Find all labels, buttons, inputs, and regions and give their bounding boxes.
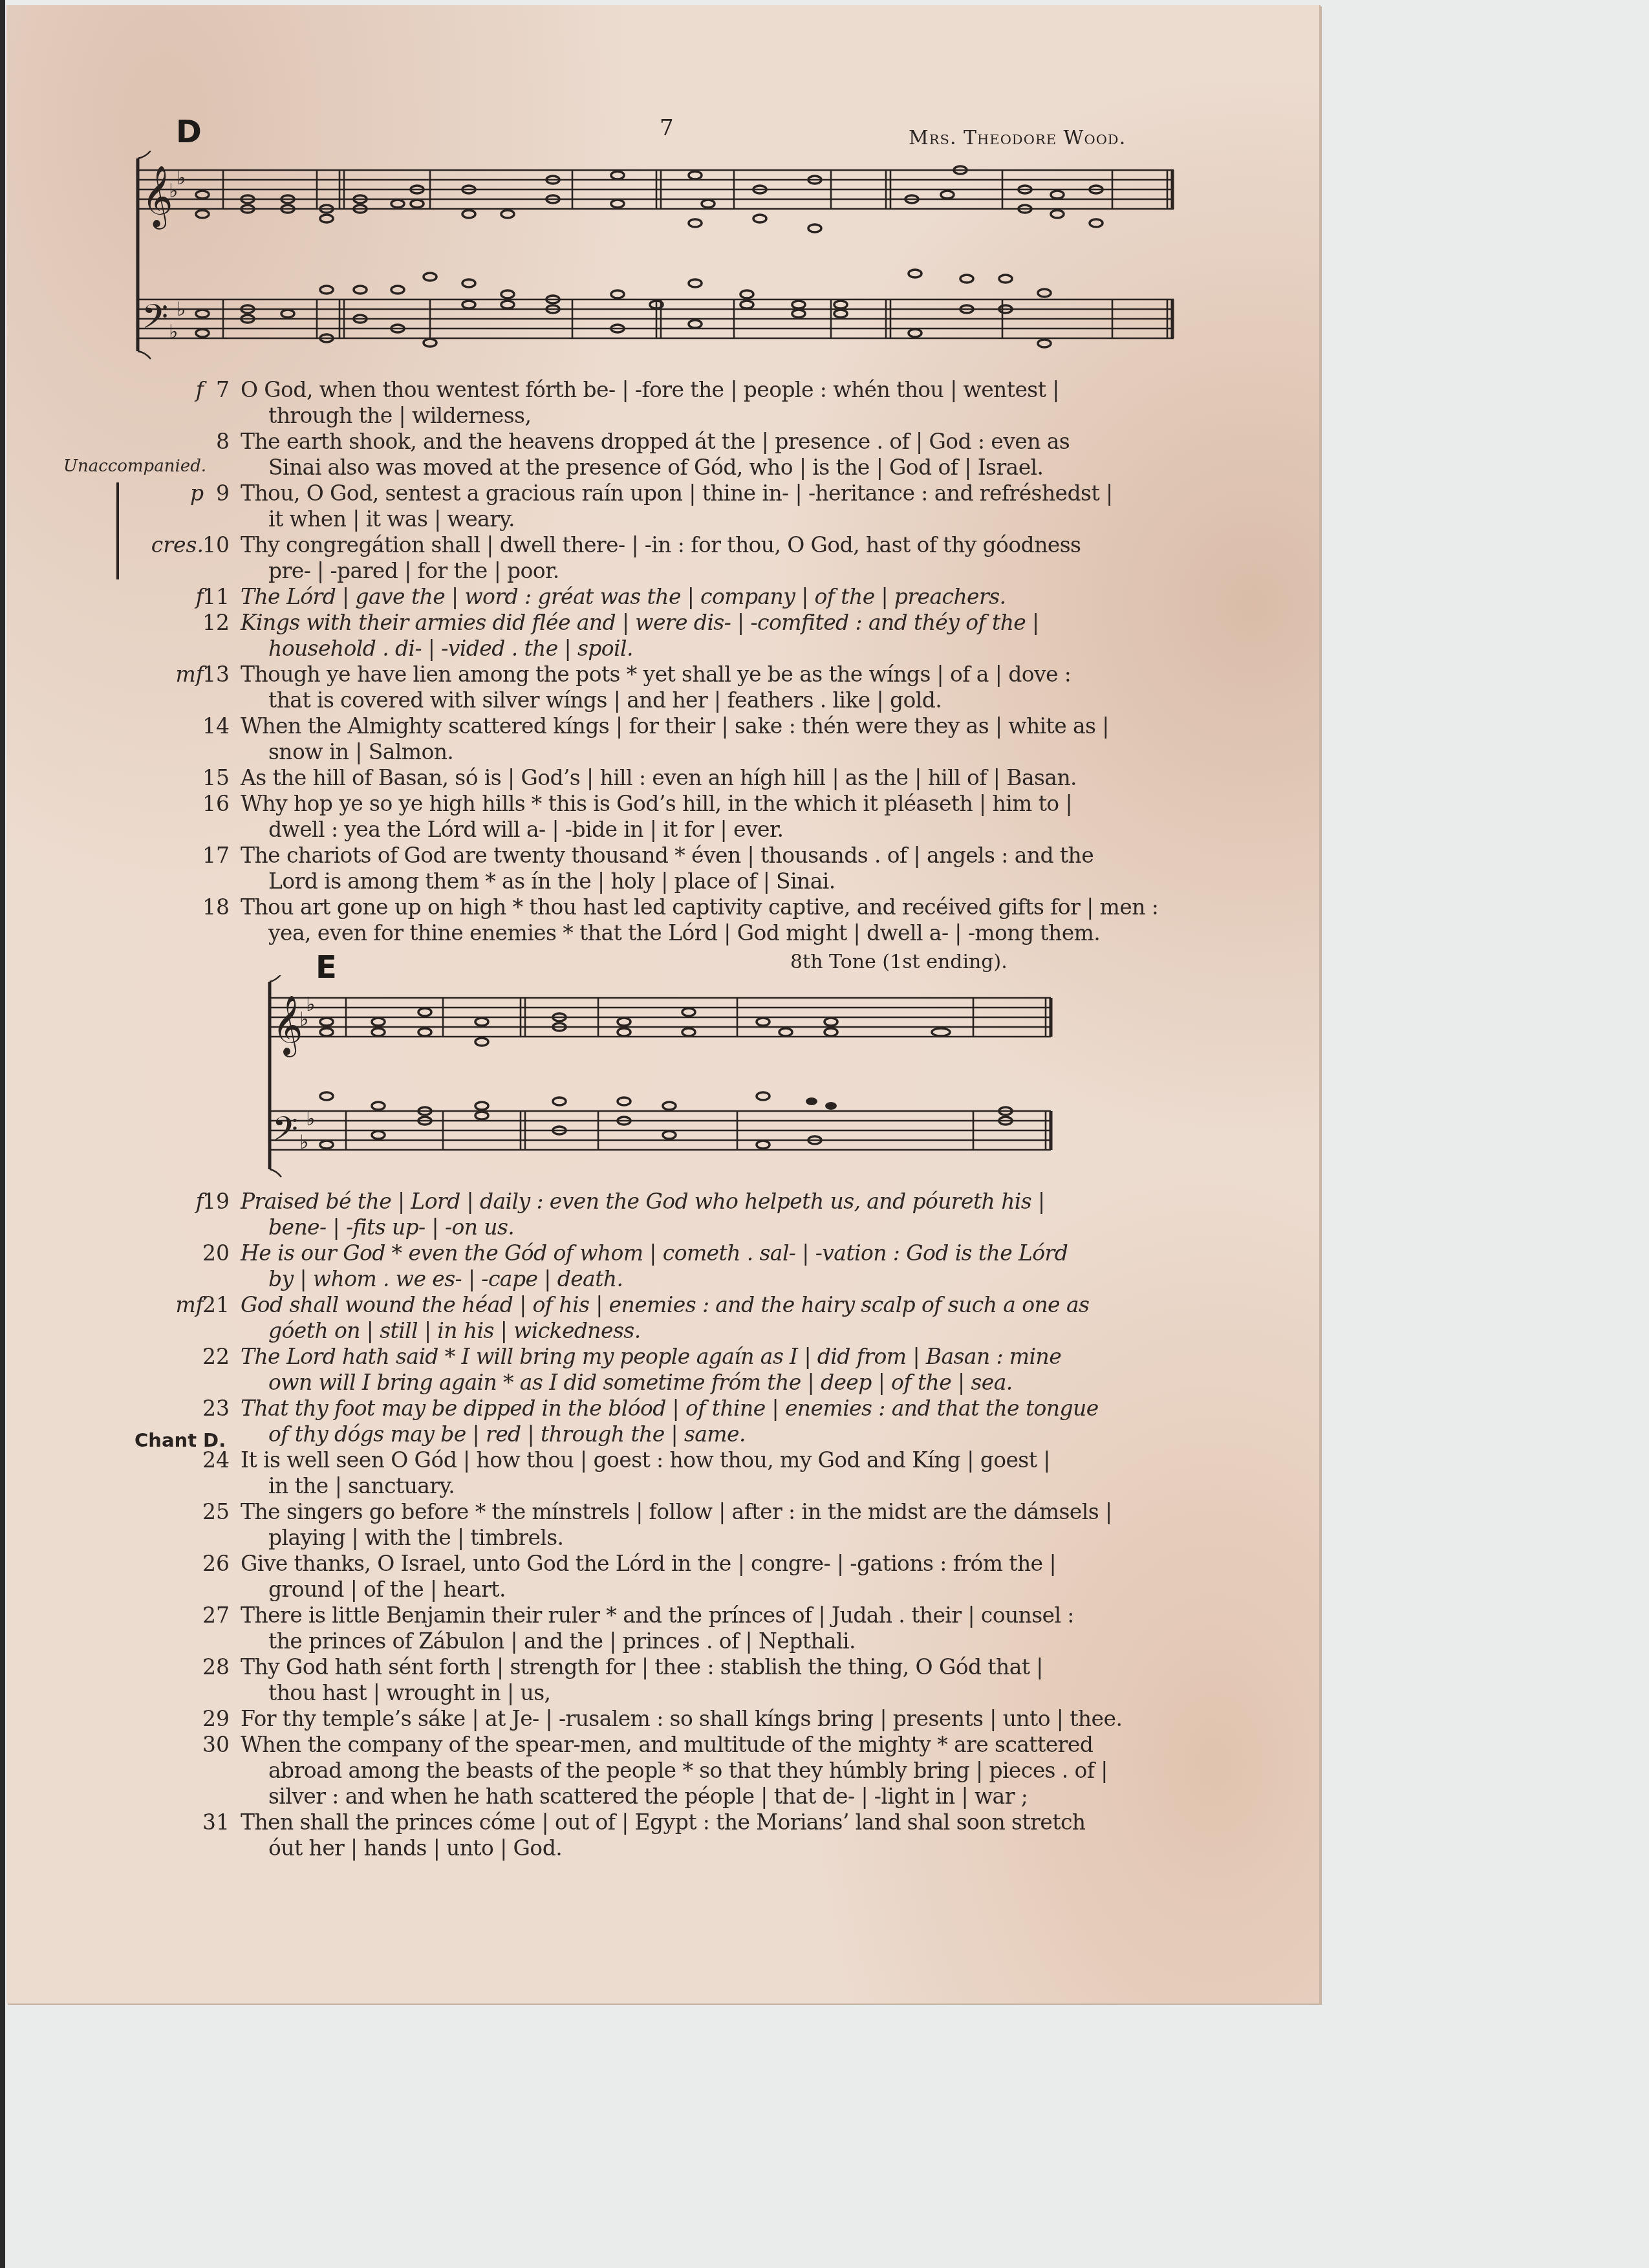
- svg-text:𝄞: 𝄞: [272, 995, 303, 1057]
- verse-8-line1: The earth shook, and the heavens dropped…: [241, 429, 1070, 455]
- verse-number: 18: [202, 894, 230, 920]
- verse-number: 11: [202, 584, 230, 610]
- verse-number: 28: [202, 1654, 230, 1680]
- verse-number: 27: [202, 1603, 230, 1628]
- verse-23-line1: That thy foot may be dipped in the blóod…: [241, 1396, 1099, 1421]
- verse-number: 12: [202, 610, 230, 636]
- verse-16-line1: Why hop ye so ye high hills * this is Go…: [241, 791, 1072, 817]
- verse-21-line2: góeth on | still | in his | wickedness.: [268, 1318, 641, 1344]
- verse-31-line2: óut her | hands | unto | God.: [268, 1835, 562, 1861]
- verse-31-line1: Then shall the princes cóme | out of | E…: [241, 1809, 1085, 1835]
- page-number: 7: [660, 115, 674, 141]
- verse-number: 21: [202, 1292, 230, 1318]
- verse-30-line1: When the company of the spear-men, and m…: [241, 1732, 1093, 1758]
- verse-12-line2: household . di- | -vided . the | spoil.: [268, 636, 633, 662]
- verse-13-line1: Though ye have lien among the pots * yet…: [241, 662, 1071, 687]
- verse-number: 30: [202, 1732, 230, 1758]
- verse-8-line2: Sinai also was moved at the presence of …: [268, 455, 1043, 481]
- verse-21-line1: God shall wound the héad | of his | enem…: [241, 1292, 1089, 1318]
- verse-number: 26: [202, 1551, 230, 1577]
- chant-d-score: 𝄞 𝄢 ♭ ♭ ♭ ♭: [126, 151, 1180, 364]
- composer-credit: Mrs. Theodore Wood.: [909, 127, 1126, 149]
- verse-30-line3: silver : and when he hath scattered the …: [268, 1784, 1028, 1809]
- verse-24-line1: It is well seen O Gód | how thou | goest…: [241, 1447, 1050, 1473]
- verse-number: 23: [202, 1396, 230, 1421]
- verse-number: 16: [202, 791, 230, 817]
- verse-number: 14: [202, 713, 230, 739]
- verse-7-line2: through the | wilderness,: [268, 403, 531, 429]
- dynamic-marking: mf: [175, 662, 204, 687]
- verse-28-line1: Thy God hath sént forth | strength for |…: [241, 1654, 1043, 1680]
- verse-number: 10: [202, 532, 230, 558]
- verse-12-line1: Kings with their armies did flée and | w…: [241, 610, 1039, 636]
- verse-30-line2: abroad among the beasts of the people * …: [268, 1758, 1108, 1784]
- dynamic-marking: p: [190, 481, 204, 506]
- verse-number: 8: [216, 429, 230, 455]
- verse-22-line1: The Lord hath said * I will bring my peo…: [241, 1344, 1061, 1370]
- verse-18-line2: yea, even for thine enemies * that the L…: [268, 920, 1100, 946]
- svg-text:♭: ♭: [306, 1108, 315, 1130]
- verse-26-line1: Give thanks, O Israel, unto God the Lórd…: [241, 1551, 1056, 1577]
- verse-23-line2: of thy dógs may be | red | through the |…: [268, 1421, 746, 1447]
- dynamic-marking: cres.: [151, 532, 204, 557]
- verse-14-line1: When the Almighty scattered kíngs | for …: [241, 713, 1109, 739]
- verse-number: 24: [202, 1447, 230, 1473]
- verse-7-line1: O God, when thou wentest fórth be- | -fo…: [241, 377, 1059, 403]
- verse-number: 22: [202, 1344, 230, 1370]
- verse-number: 20: [202, 1240, 230, 1266]
- verse-15-line1: As the hill of Basan, só is | God’s | hi…: [241, 765, 1077, 791]
- dynamic-marking: mf: [175, 1292, 204, 1317]
- verse-17-line1: The chariots of God are twenty thousand …: [241, 843, 1094, 869]
- verse-number: 7: [216, 377, 230, 403]
- dynamic-marking: f: [196, 377, 204, 402]
- verse-25-line1: The singers go before * the mínstrels | …: [241, 1499, 1112, 1525]
- verse-25-line2: playing | with the | timbrels.: [268, 1525, 564, 1551]
- verse-number: 31: [202, 1809, 230, 1835]
- verse-19-line2: bene- | -fits up- | -on us.: [268, 1215, 514, 1240]
- verse-29-line1: For thy temple’s sáke | at Je- | -rusale…: [241, 1706, 1122, 1732]
- verse-27-line1: There is little Benjamin their ruler * a…: [241, 1603, 1074, 1628]
- verse-number: 9: [216, 481, 230, 506]
- hymnal-page: D 7 Mrs. Theodore Wood.: [6, 5, 1320, 2003]
- verse-26-line2: ground | of the | heart.: [268, 1577, 506, 1603]
- verse-number: 17: [202, 843, 230, 869]
- svg-text:♭: ♭: [169, 180, 178, 202]
- verse-22-line2: own will I bring again * as I did someti…: [268, 1370, 1013, 1396]
- svg-text:♭: ♭: [177, 298, 186, 321]
- svg-text:♭: ♭: [299, 1008, 308, 1031]
- chant-d-staff-svg: 𝄞 𝄢 ♭ ♭ ♭ ♭: [126, 151, 1180, 364]
- verse-14-line2: snow in | Salmon.: [268, 739, 453, 765]
- svg-text:𝄢: 𝄢: [142, 297, 168, 345]
- verse-number: 25: [202, 1499, 230, 1525]
- verse-19-line1: Praised bé the | Lord | daily : even the…: [241, 1189, 1045, 1215]
- svg-text:𝄢: 𝄢: [272, 1109, 298, 1156]
- unaccompanied-bracket: [116, 482, 119, 579]
- svg-text:♭: ♭: [169, 321, 178, 343]
- verse-24-line2: in the | sanctuary.: [268, 1473, 455, 1499]
- verse-number: 13: [202, 662, 230, 687]
- verse-18-line1: Thou art gone up on high * thou hast led…: [241, 894, 1158, 920]
- verse-27-line2: the princes of Zábulon | and the | princ…: [268, 1628, 856, 1654]
- verse-10-line1: Thy congregátion shall | dwell there- | …: [241, 532, 1081, 558]
- verse-11-line1: The Lórd | gave the | word : gréat was t…: [241, 584, 1006, 610]
- verse-number: 29: [202, 1706, 230, 1732]
- chant-e-score: 𝄞 𝄢 ♭ ♭ ♭ ♭: [262, 975, 1057, 1182]
- verse-16-line2: dwell : yea the Lórd will a- | -bide in …: [268, 817, 783, 843]
- verse-number: 15: [202, 765, 230, 791]
- scanner-edge: [0, 0, 5, 2268]
- verse-10-line2: pre- | -pared | for the | poor.: [268, 558, 559, 584]
- tone-label: 8th Tone (1st ending).: [790, 951, 1008, 973]
- svg-text:♭: ♭: [299, 1131, 308, 1154]
- chant-d-letter: D: [176, 114, 202, 150]
- verse-number: 19: [202, 1189, 230, 1215]
- verse-17-line2: Lord is among them * as ín the | holy | …: [268, 869, 835, 894]
- unaccompanied-note: Unaccompanied.: [63, 457, 206, 476]
- verse-13-line2: that is covered with silver wíngs | and …: [268, 687, 942, 713]
- verse-9-line1: Thou, O God, sentest a gracious raín upo…: [241, 481, 1112, 506]
- verse-9-line2: it when | it was | weary.: [268, 506, 515, 532]
- verse-28-line2: thou hast | wrought in | us,: [268, 1680, 550, 1706]
- chant-e-staff-svg: 𝄞 𝄢 ♭ ♭ ♭ ♭: [262, 975, 1057, 1182]
- verse-20-line1: He is our God * even the Gód of whom | c…: [241, 1240, 1068, 1266]
- verse-20-line2: by | whom . we es- | -cape | death.: [268, 1266, 623, 1292]
